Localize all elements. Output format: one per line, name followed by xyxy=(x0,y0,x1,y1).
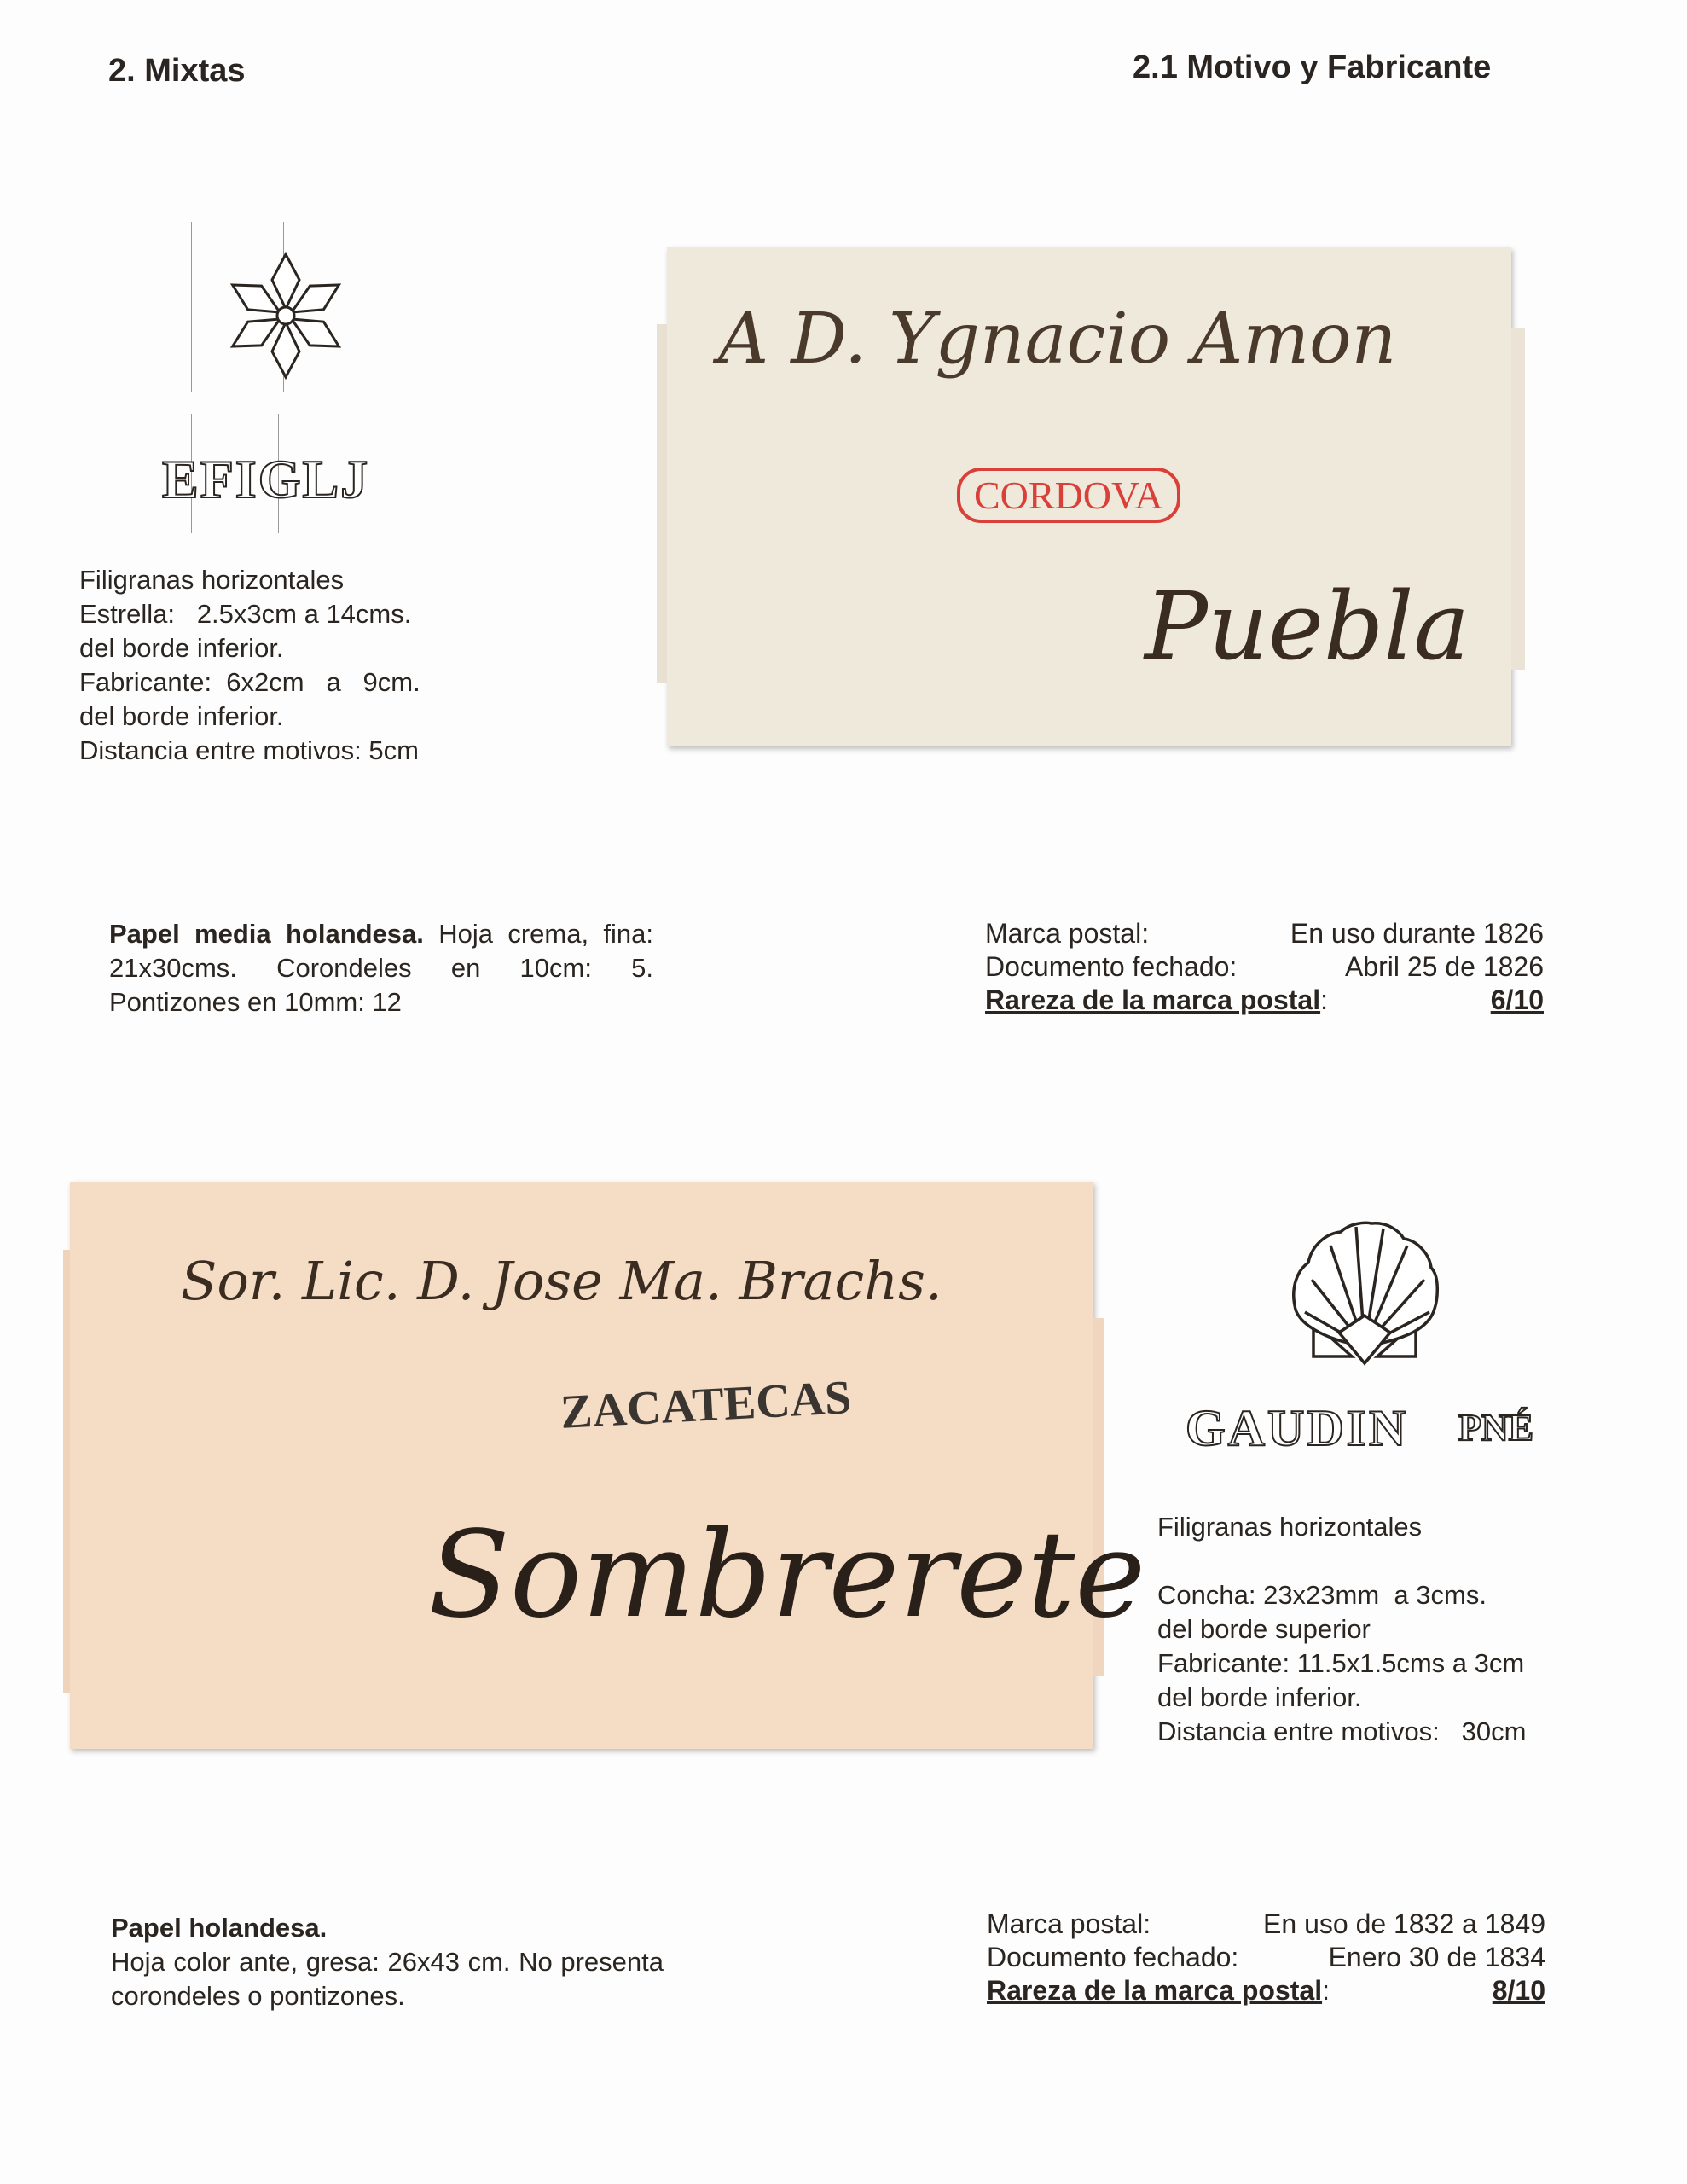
scallop-shell-icon xyxy=(1288,1220,1441,1374)
paper-info-2: Papel holandesa. Hoja color ante, gresa:… xyxy=(111,1911,664,2013)
paper-info-1: Papel media holandesa. Hoja crema, fina:… xyxy=(109,917,653,1019)
postal-info-1: Marca postal:En uso durante 1826 Documen… xyxy=(985,917,1544,1017)
marca-label: Marca postal: xyxy=(985,917,1149,950)
marca-value: En uso de 1832 a 1849 xyxy=(1263,1908,1545,1941)
desc-line: Estrella: 2.5x3cm a 14cms. xyxy=(79,597,420,631)
letter-destination: Sombrerete xyxy=(428,1506,1145,1645)
letter-address: A D. Ygnacio Amon xyxy=(718,299,1396,380)
rareza-value: 6/10 xyxy=(1491,984,1544,1017)
maker-mark-suffix: PNÉ xyxy=(1458,1406,1533,1449)
watermark-drawing-1: EFIGLJ xyxy=(154,213,426,529)
six-petal-star-icon xyxy=(226,252,345,380)
watermark-drawing-2: GAUDIN PNÉ xyxy=(1186,1211,1578,1467)
fecha-label: Documento fechado: xyxy=(985,950,1237,984)
letter-cordova-puebla: A D. Ygnacio Amon CORDOVA Puebla xyxy=(667,247,1511,746)
postal-info-2: Marca postal:En uso de 1832 a 1849 Docum… xyxy=(987,1908,1545,2007)
section-title: 2. Mixtas xyxy=(108,53,246,90)
desc-line: Filigranas horizontales xyxy=(79,563,420,597)
desc-line: del borde superior xyxy=(1157,1612,1526,1647)
rareza-label: Rareza de la marca postal xyxy=(985,985,1320,1015)
postmark-cordova: CORDOVA xyxy=(957,468,1180,523)
desc-line: del borde inferior. xyxy=(1157,1681,1526,1715)
maker-mark-gaudin: GAUDIN xyxy=(1186,1399,1408,1458)
marca-value: En uso durante 1826 xyxy=(1290,917,1544,950)
paper-title: Papel holandesa. xyxy=(111,1911,664,1945)
letter-address: Sor. Lic. D. Jose Ma. Brachs. xyxy=(181,1250,942,1312)
desc-line: Filigranas horizontales xyxy=(1157,1510,1526,1544)
desc-line: del borde inferior. xyxy=(79,631,420,665)
maker-mark-efiglj: EFIGLJ xyxy=(162,448,369,511)
desc-line: Fabricante: 6x2cm a 9cm. xyxy=(79,665,420,700)
fecha-label: Documento fechado: xyxy=(987,1941,1238,1974)
subsection-title: 2.1 Motivo y Fabricante xyxy=(1133,49,1491,86)
marca-label: Marca postal: xyxy=(987,1908,1151,1941)
desc-line: Fabricante: 11.5x1.5cms a 3cm xyxy=(1157,1647,1526,1681)
desc-line: Distancia entre motivos: 5cm xyxy=(79,734,420,768)
watermark-description-2: Filigranas horizontales Concha: 23x23mm … xyxy=(1157,1510,1526,1749)
desc-line xyxy=(1157,1544,1526,1578)
desc-line: Concha: 23x23mm a 3cms. xyxy=(1157,1578,1526,1612)
letter-destination: Puebla xyxy=(1145,572,1470,681)
rareza-label: Rareza de la marca postal xyxy=(987,1975,1322,2006)
fecha-value: Abril 25 de 1826 xyxy=(1345,950,1544,984)
postmark-zacatecas: ZACATECAS xyxy=(559,1370,853,1440)
paper-title: Papel media holandesa. xyxy=(109,919,424,949)
fecha-value: Enero 30 de 1834 xyxy=(1329,1941,1545,1974)
watermark-description-1: Filigranas horizontales Estrella: 2.5x3c… xyxy=(79,563,420,768)
desc-line: del borde inferior. xyxy=(79,700,420,734)
desc-line: Distancia entre motivos: 30cm xyxy=(1157,1715,1526,1749)
paper-text: Hoja color ante, gresa: 26x43 cm. No pre… xyxy=(111,1945,664,2013)
letter-zacatecas-sombrerete: Sor. Lic. D. Jose Ma. Brachs. ZACATECAS … xyxy=(70,1182,1093,1749)
rareza-value: 8/10 xyxy=(1493,1974,1545,2007)
